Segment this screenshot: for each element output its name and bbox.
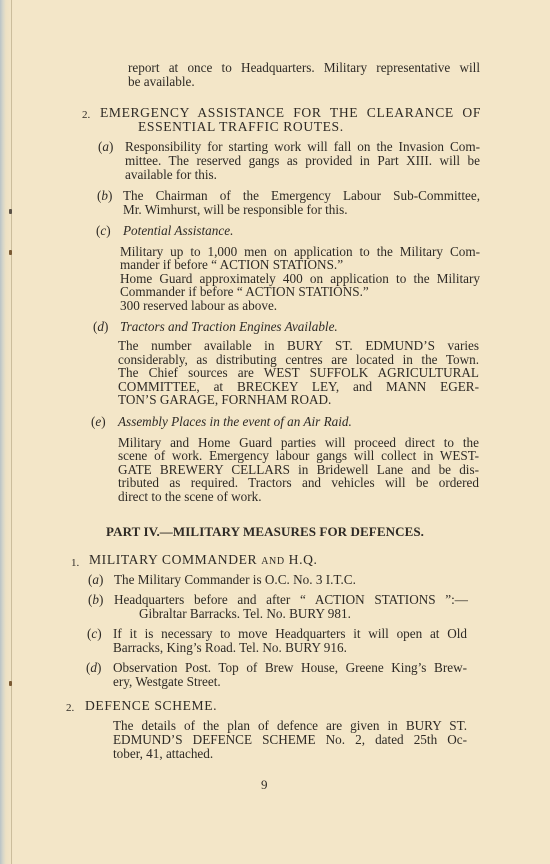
- item-label: (c): [96, 224, 111, 239]
- section-title-line: ESSENTIAL TRAFFIC ROUTES.: [138, 120, 344, 135]
- binding-fold-line: [11, 0, 12, 864]
- item-label: (a): [88, 573, 103, 588]
- item-text-line: The Military Commander is O.C. No. 3 I.T…: [114, 573, 356, 588]
- binding-stitch-mark: [9, 209, 12, 214]
- item-text-line: ery, Westgate Street.: [113, 675, 221, 690]
- scanned-page: report at once to Headquarters. Military…: [0, 0, 550, 864]
- item-label: (b): [88, 593, 103, 608]
- item-text-line: Mr. Wimhurst, will be responsible for th…: [123, 203, 348, 218]
- item-label: (c): [87, 627, 102, 642]
- item-text-line: TON’S GARAGE, FORNHAM ROAD.: [118, 393, 331, 408]
- section-number: 2.: [82, 108, 90, 123]
- item-text-line: direct to the scene of work.: [118, 490, 262, 505]
- item-text-line: Gibraltar Barracks. Tel. No. BURY 981.: [139, 607, 351, 622]
- page-number: 9: [261, 778, 268, 793]
- intro-line: be available.: [128, 75, 195, 90]
- item-subtitle: Assembly Places in the event of an Air R…: [118, 415, 352, 430]
- item-label: (e): [91, 415, 106, 430]
- binding-stitch-mark: [9, 681, 12, 686]
- item-subtitle: Potential Assistance.: [123, 224, 233, 239]
- item-subtitle: Tractors and Traction Engines Available.: [120, 320, 338, 335]
- item-text-line: 300 reserved labour as above.: [120, 299, 277, 314]
- defence-scheme-line: tober, 41, attached.: [113, 747, 213, 762]
- item-label: (d): [93, 320, 108, 335]
- item-text-line: Barracks, King’s Road. Tel. No. BURY 916…: [113, 641, 347, 656]
- item-label: (d): [86, 661, 101, 676]
- part-heading: PART IV.—MILITARY MEASURES FOR DEFENCES.: [106, 525, 424, 540]
- section-number: 2.: [66, 701, 74, 716]
- section-number: 1.: [71, 556, 79, 571]
- item-label: (a): [98, 140, 113, 155]
- binding-stitch-mark: [9, 250, 12, 255]
- item-text-line: available for this.: [125, 168, 217, 183]
- section-title: DEFENCE SCHEME.: [85, 699, 217, 714]
- section-title: MILITARY COMMANDER AND H.Q.: [89, 553, 318, 570]
- item-label: (b): [97, 189, 112, 204]
